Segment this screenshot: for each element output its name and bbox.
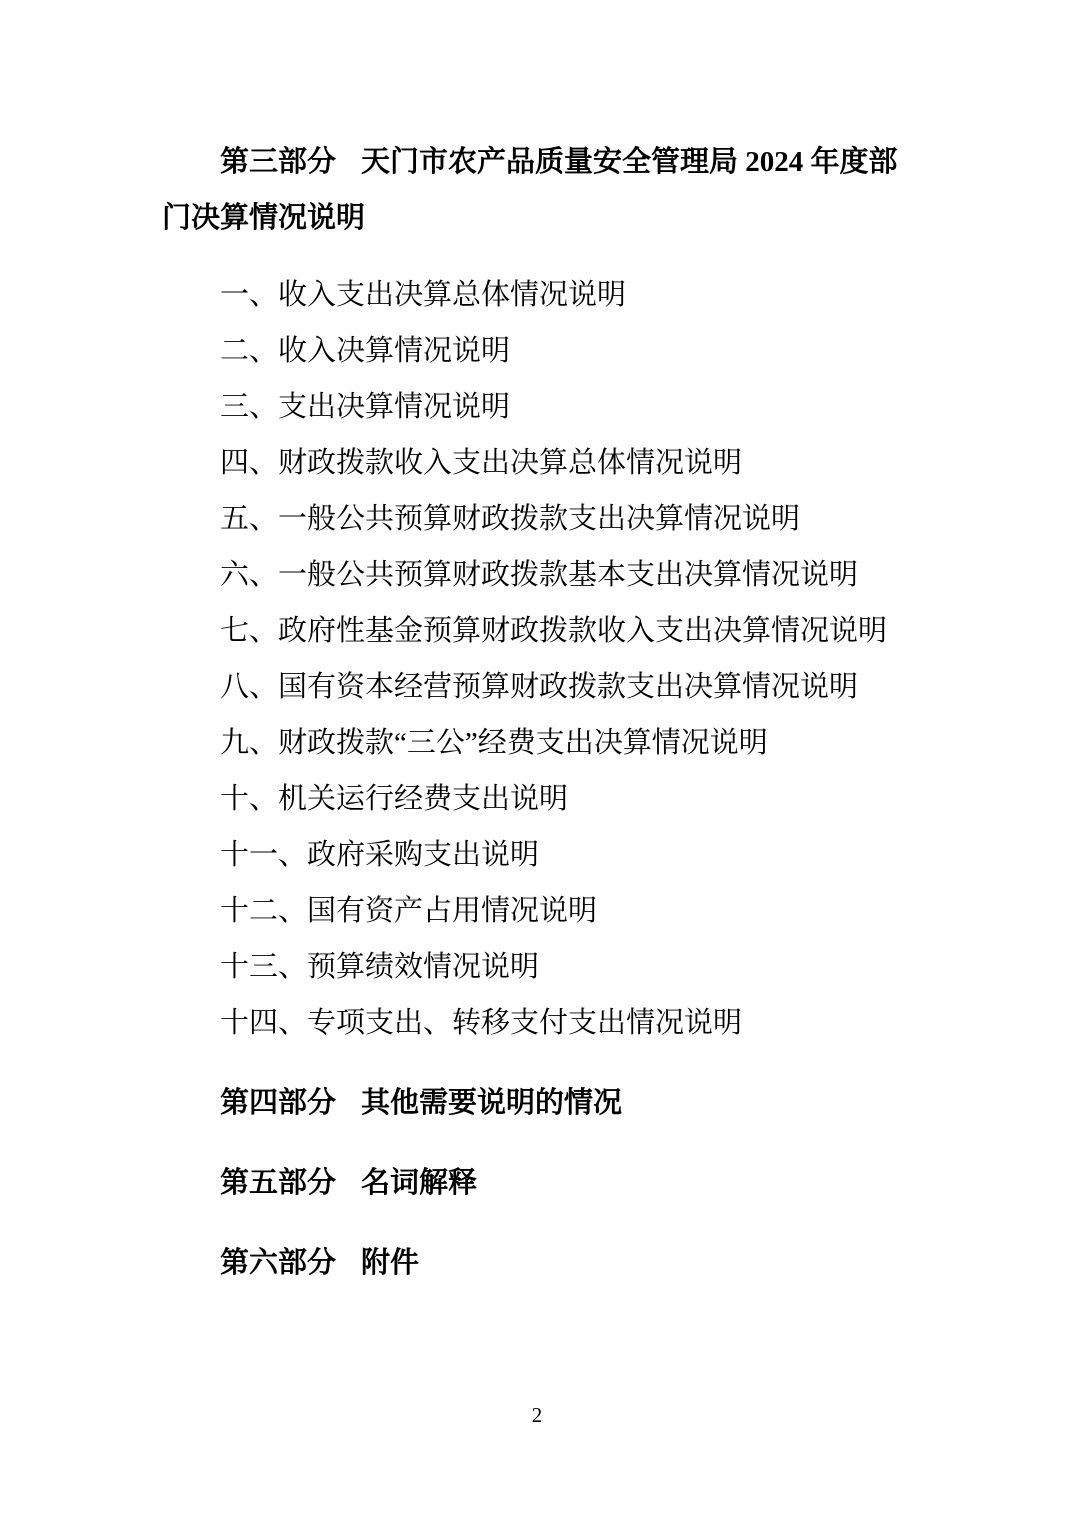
part6-title: 附件 <box>361 1247 419 1279</box>
page-number: 2 <box>0 1403 1074 1427</box>
part4-title: 其他需要说明的情况 <box>361 1087 622 1119</box>
part3-heading: 第三部分天门市农产品质量安全管理局 2024 年度部门决算情况说明 <box>162 134 914 246</box>
toc-item-5: 五、一般公共预算财政拨款支出决算情况说明 <box>162 491 914 547</box>
toc-item-11: 十一、政府采购支出说明 <box>162 827 914 883</box>
heading-gap <box>336 1191 361 1192</box>
heading-gap <box>336 170 361 171</box>
toc-item-10: 十、机关运行经费支出说明 <box>162 771 914 827</box>
part5-label: 第五部分 <box>220 1167 336 1199</box>
toc-item-4: 四、财政拨款收入支出决算总体情况说明 <box>162 435 914 491</box>
toc-item-1: 一、收入支出决算总体情况说明 <box>162 267 914 323</box>
toc-item-2: 二、收入决算情况说明 <box>162 323 914 379</box>
toc-item-7: 七、政府性基金预算财政拨款收入支出决算情况说明 <box>162 603 914 659</box>
heading-gap <box>336 1111 361 1112</box>
part3-label: 第三部分 <box>220 146 336 178</box>
toc-item-13: 十三、预算绩效情况说明 <box>162 939 914 995</box>
toc-item-9: 九、财政拨款“三公”经费支出决算情况说明 <box>162 715 914 771</box>
toc-item-14: 十四、专项支出、转移支付支出情况说明 <box>162 995 914 1051</box>
toc-item-12: 十二、国有资产占用情况说明 <box>162 883 914 939</box>
part6-heading: 第六部分附件 <box>162 1235 914 1291</box>
part6-label: 第六部分 <box>220 1247 336 1279</box>
part4-heading: 第四部分其他需要说明的情况 <box>162 1075 914 1131</box>
toc-item-8: 八、国有资本经营预算财政拨款支出决算情况说明 <box>162 659 914 715</box>
toc-item-3: 三、支出决算情况说明 <box>162 379 914 435</box>
page-content: 第三部分天门市农产品质量安全管理局 2024 年度部门决算情况说明 一、收入支出… <box>0 0 1074 1291</box>
heading-gap <box>336 1271 361 1272</box>
part5-heading: 第五部分名词解释 <box>162 1155 914 1211</box>
part5-title: 名词解释 <box>361 1167 477 1199</box>
part4-label: 第四部分 <box>220 1087 336 1119</box>
toc-list: 一、收入支出决算总体情况说明 二、收入决算情况说明 三、支出决算情况说明 四、财… <box>162 267 914 1051</box>
toc-item-6: 六、一般公共预算财政拨款基本支出决算情况说明 <box>162 547 914 603</box>
document-page: 第三部分天门市农产品质量安全管理局 2024 年度部门决算情况说明 一、收入支出… <box>0 0 1074 1520</box>
